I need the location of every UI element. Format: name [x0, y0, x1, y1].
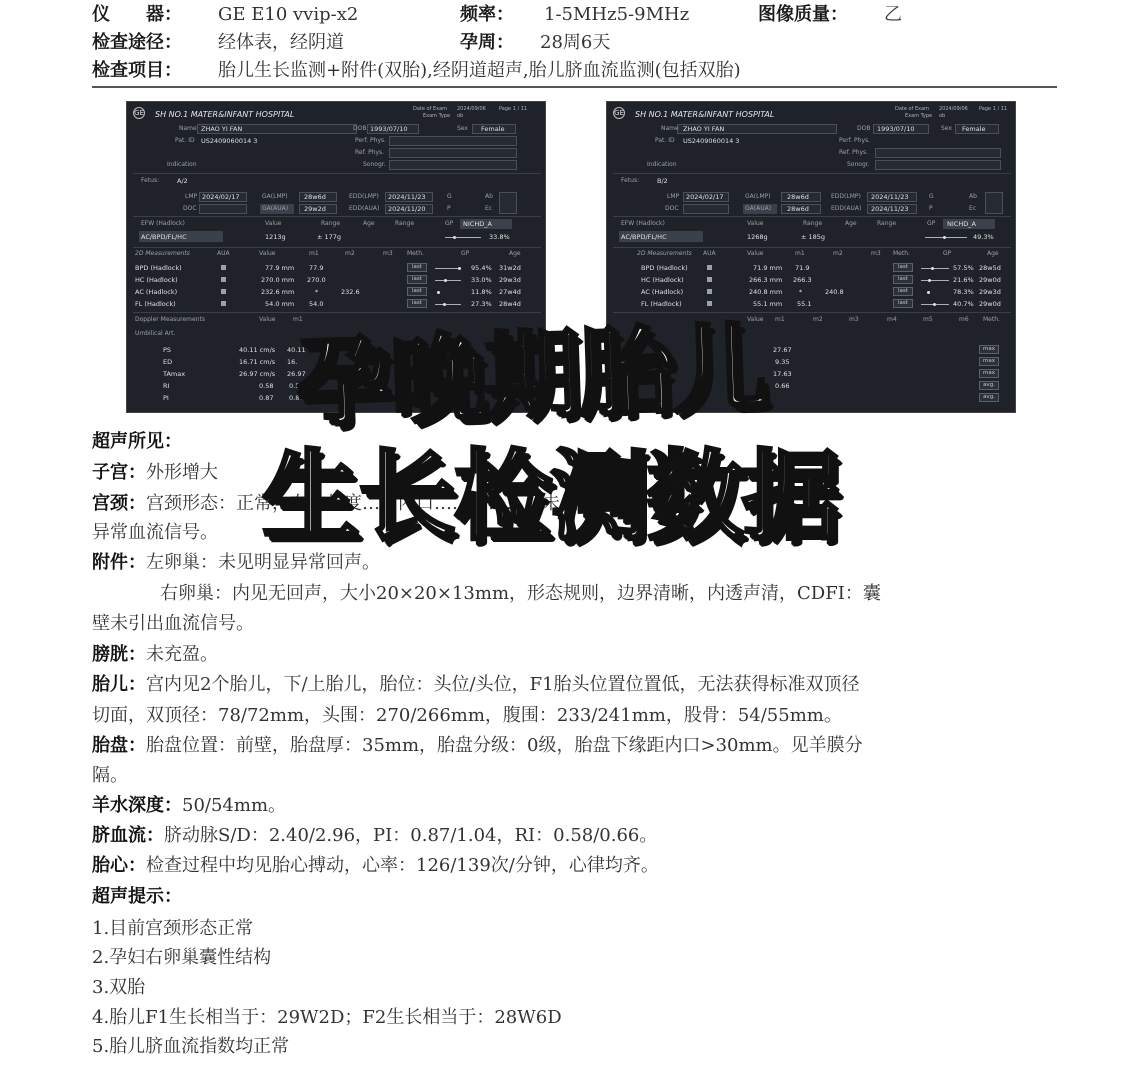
finding-fetus-cont: 切面，双顶径：78/72mm，头围：270/266mm，腹围：233/241mm… [92, 702, 842, 730]
meas-header-value: Value [259, 250, 275, 257]
finding-cervix-cont: 异常血流信号。 [92, 519, 218, 547]
perf-phys-label: Perf. Phys. [355, 137, 386, 144]
finding-amniotic: 羊水深度：50/54mm。 [92, 792, 286, 820]
frequency-value: 1-5MHz5-9MHz [544, 0, 689, 29]
meas-gp: 95.4% [471, 264, 492, 272]
meas-header-m3: m3 [383, 250, 393, 257]
route-label: 检查途径： [92, 28, 182, 57]
method-button[interactable]: last [893, 275, 913, 284]
page-indicator: Page 1 / 11 [499, 106, 527, 112]
ga-aua-label: GA(AUA) [262, 205, 288, 212]
sex-label: Sex [457, 125, 468, 132]
patient-name: ZHAO YI FAN [683, 125, 724, 133]
dob-label: DOB [857, 125, 870, 132]
sex-label: Sex [941, 125, 952, 132]
meas-m1: 55.1 [797, 300, 811, 308]
meas-value: 270.0 mm [261, 276, 294, 284]
gestation-label: 孕周： [460, 28, 514, 57]
finding-umbilical: 脐血流：脐动脉S/D：2.40/2.96，PI：0.87/1.04，RI：0.5… [92, 822, 657, 850]
doppler-header-value: Value [259, 316, 275, 323]
efw-range: ± 185g [801, 233, 825, 241]
aua-checkbox[interactable] [707, 277, 712, 282]
date-of-exam: 2024/09/06 [457, 106, 486, 112]
ga-lmp-label: GA(LMP) [745, 193, 771, 200]
doppler-name: PS [163, 346, 171, 354]
ga-aua-label: GA(AUA) [745, 205, 771, 212]
efw-range2-header: Range [395, 220, 414, 227]
header-row-route: 检查途径： 经体表，经阴道 孕周： 28周6天 [92, 28, 1062, 57]
ga-lmp-value: 28w6d [787, 193, 809, 201]
ref-phys-label: Ref. Phys. [839, 149, 868, 156]
meas-header-m1: m1 [309, 250, 319, 257]
meas-age: 29w0d [979, 300, 1001, 308]
doppler-method-button[interactable]: max [979, 369, 999, 378]
method-button[interactable]: last [407, 263, 427, 272]
exam-type-label: Exam Type [423, 113, 450, 119]
doppler-value: 0.87 [259, 394, 273, 402]
p-label: P [929, 205, 933, 212]
lmp-value: 2024/02/17 [202, 193, 239, 201]
meas-header-m3: m3 [871, 250, 881, 257]
efw-range: ± 177g [317, 233, 341, 241]
meas-m1: 77.9 [309, 264, 323, 272]
patient-name: ZHAO YI FAN [201, 125, 242, 133]
items-label: 检查项目： [92, 56, 182, 85]
efw-label: EFW (Hadlock) [621, 220, 665, 227]
ga-aua-value: 29w2d [304, 205, 326, 213]
meas-name: HC (Hadlock) [135, 276, 178, 284]
ec-label: Ec [485, 205, 492, 212]
meas-header-m1: m1 [795, 250, 805, 257]
pat-id-label: Pat. ID [175, 137, 195, 144]
edd-lmp-value: 2024/11/23 [871, 193, 908, 201]
sex-value: Female [962, 125, 986, 133]
meas-m1: 71.9 [795, 264, 809, 272]
indication-label: Indication [647, 161, 677, 168]
meas-age: 31w2d [499, 264, 521, 272]
instrument-value: GE E10 vvip-x2 [218, 0, 358, 29]
meas-header-value: Value [747, 250, 763, 257]
doppler-header-m1: m1 [775, 316, 785, 323]
fetus-id: A/2 [177, 177, 188, 185]
ga-lmp-label: GA(LMP) [262, 193, 288, 200]
efw-gp: 49.3% [973, 233, 994, 241]
doppler-m1: 27.67 [773, 346, 792, 354]
finding-fetus: 胎儿：宫内见2个胎儿，下/上胎儿，胎位：头位/头位，F1胎头位置位置低，无法获得… [92, 671, 860, 699]
date-of-exam: 2024/09/06 [939, 106, 968, 112]
patient-id: US2409060014 3 [683, 137, 739, 145]
meas-age: 29w0d [979, 276, 1001, 284]
ab-label: Ab [969, 193, 977, 200]
aua-checkbox[interactable] [221, 277, 226, 282]
meas-age: 29w3d [499, 276, 521, 284]
efw-gp: 33.8% [489, 233, 510, 241]
efw-label: EFW (Hadlock) [141, 220, 185, 227]
header-divider [92, 86, 1057, 88]
gestation-value: 28周6天 [540, 28, 610, 57]
p-label: P [447, 205, 451, 212]
header-row-items: 检查项目： 胎儿生长监测+附件(双胎),经阴道超声,胎儿脐血流监测(包括双胎) [92, 56, 1062, 85]
conclusion-title: 超声提示： [92, 883, 182, 911]
patient-id: US2409060014 3 [201, 137, 257, 145]
edd-aua-value: 2024/11/23 [871, 205, 908, 213]
conclusion-item: 2.孕妇右卵巢囊性结构 [92, 944, 271, 972]
indication-label: Indication [167, 161, 197, 168]
date-of-exam-label: Date of Exam [895, 106, 929, 112]
doppler-m1: 17.63 [773, 370, 792, 378]
efw-value-header: Value [265, 220, 281, 227]
meas-header-name: 2D Measurements [135, 250, 190, 257]
method-button[interactable]: last [893, 299, 913, 308]
doc-label: DOC [183, 205, 197, 212]
sex-value: Female [481, 125, 505, 133]
ge-logo-icon: GE [613, 107, 625, 119]
edd-lmp-value: 2024/11/23 [388, 193, 425, 201]
doppler-name: ED [163, 358, 172, 366]
g-label: G [447, 193, 452, 200]
doc-label: DOC [665, 205, 679, 212]
meas-m2: 232.6 [341, 288, 360, 296]
meas-gp: 78.3% [953, 288, 974, 296]
dob-value: 1993/07/10 [877, 125, 914, 133]
meas-value: 71.9 mm [753, 264, 782, 272]
doppler-header-m6: m6 [959, 316, 969, 323]
frequency-label: 频率： [460, 0, 514, 29]
meas-gp: 40.7% [953, 300, 974, 308]
efw-gp-reference: NICHD_A [463, 220, 492, 228]
meas-header-m2: m2 [833, 250, 843, 257]
ec-label: Ec [969, 205, 976, 212]
ga-aua-value: 28w6d [787, 205, 809, 213]
meas-header-aua: AUA [217, 250, 230, 257]
doppler-method-button[interactable]: avg. [979, 393, 999, 402]
edd-lmp-label: EDD(LMP) [349, 193, 379, 200]
fetus-label: Fetus: [141, 177, 159, 184]
lmp-label: LMP [667, 193, 679, 200]
efw-value: 1268g [747, 233, 768, 241]
efw-value: 1213g [265, 233, 286, 241]
instrument-label: 仪 器： [92, 0, 182, 29]
g-label: G [929, 193, 934, 200]
meas-gp: 21.6% [953, 276, 974, 284]
doppler-value: 0.58 [259, 382, 273, 390]
doppler-value: 40.11 cm/s [239, 346, 275, 354]
doppler-method-button[interactable]: max [979, 357, 999, 366]
meas-header-gp: GP [461, 250, 469, 257]
doppler-method-button[interactable]: avg. [979, 381, 999, 390]
finding-heart: 胎心：检查过程中均见胎心搏动，心率：126/139次/分钟，心律均齐。 [92, 852, 659, 880]
meas-header-m2: m2 [345, 250, 355, 257]
meas-header-aua: AUA [703, 250, 716, 257]
doppler-header-m2: m2 [813, 316, 823, 323]
meas-header-age: Age [509, 250, 521, 257]
meas-header-gp: GP [943, 250, 951, 257]
method-button[interactable]: last [893, 287, 913, 296]
sonographer-label: Sonogr. [363, 161, 386, 168]
conclusion-item: 5.胎儿脐血流指数均正常 [92, 1033, 289, 1061]
header-row-instrument: 仪 器： GE E10 vvip-x2 频率： 1-5MHz5-9MHz 图像质… [92, 0, 1062, 29]
doppler-name: TAmax [163, 370, 185, 378]
meas-gp: 33.0% [471, 276, 492, 284]
ab-label: Ab [485, 193, 493, 200]
findings-title: 超声所见： [92, 428, 182, 456]
lmp-label: LMP [185, 193, 197, 200]
meas-m1: * [799, 288, 802, 296]
exam-type: ob [939, 113, 945, 119]
meas-m2: 240.8 [825, 288, 844, 296]
exam-type-label: Exam Type [905, 113, 932, 119]
meas-name: AC (Hadlock) [135, 288, 177, 296]
method-button[interactable]: last [893, 263, 913, 272]
name-label: Name [179, 125, 197, 132]
doppler-m1: 0.66 [775, 382, 789, 390]
lmp-value: 2024/02/17 [686, 193, 723, 201]
page-indicator: Page 1 / 11 [979, 106, 1007, 112]
name-label: Name [661, 125, 679, 132]
doppler-header-name: Doppler Measurements [135, 316, 205, 323]
meas-header-meth: Meth. [407, 250, 424, 257]
meas-header-meth: Meth. [893, 250, 910, 257]
dob-label: DOB [353, 125, 366, 132]
conclusion-item: 4.胎儿F1生长相当于：29W2D；F2生长相当于：28W6D [92, 1004, 562, 1032]
dob-value: 1993/07/10 [370, 125, 407, 133]
fetus-id: B/2 [657, 177, 668, 185]
efw-age-header: Age [845, 220, 857, 227]
finding-placenta-cont: 隔。 [92, 762, 128, 790]
meas-name: HC (Hadlock) [641, 276, 684, 284]
sonographer-label: Sonogr. [847, 161, 870, 168]
finding-right-ovary-cont: 壁未引出血流信号。 [92, 610, 254, 638]
doppler-method-button[interactable]: max [979, 345, 999, 354]
fetus-label: Fetus: [621, 177, 639, 184]
meas-age: 29w3d [979, 288, 1001, 296]
aua-checkbox[interactable] [221, 265, 226, 270]
efw-range2-header: Range [877, 220, 896, 227]
conclusion-item: 1.目前宫颈形态正常 [92, 915, 253, 943]
meas-name: BPD (Hadlock) [135, 264, 182, 272]
efw-range-header: Range [803, 220, 822, 227]
doppler-value: 26.97 cm/s [239, 370, 275, 378]
ga-lmp-value: 28w6d [304, 193, 326, 201]
pat-id-label: Pat. ID [655, 137, 675, 144]
meas-value: 232.6 mm [261, 288, 294, 296]
meas-m1: 270.0 [307, 276, 326, 284]
aua-checkbox[interactable] [221, 301, 226, 306]
doppler-name: PI [163, 394, 169, 402]
date-of-exam-label: Date of Exam [413, 106, 447, 112]
efw-formula: AC/BPD/FL/HC [141, 233, 187, 241]
finding-right-ovary: 右卵巢：内见无回声，大小20×20×13mm，形态规则，边界清晰，内透声清，CD… [160, 580, 881, 608]
ge-logo-icon: GE [133, 107, 145, 119]
meas-name: FL (Hadlock) [135, 300, 176, 308]
meas-gp: 11.8% [471, 288, 492, 296]
method-button[interactable]: last [407, 275, 427, 284]
meas-gp: 57.5% [953, 264, 974, 272]
meas-value: 54.0 mm [265, 300, 294, 308]
doppler-header-meth: Meth. [983, 316, 1000, 323]
efw-gp-header: GP [445, 220, 453, 227]
doppler-header-m3: m3 [849, 316, 859, 323]
edd-aua-value: 2024/11/20 [388, 205, 425, 213]
meas-age: 27w4d [499, 288, 521, 296]
conclusion-item: 3.双胎 [92, 974, 145, 1002]
items-value: 胎儿生长监测+附件(双胎),经阴道超声,胎儿脐血流监测(包括双胎) [218, 56, 741, 85]
aua-checkbox[interactable] [221, 289, 226, 294]
image-quality-label: 图像质量： [758, 0, 848, 29]
finding-bladder: 膀胱：未充盈。 [92, 641, 218, 669]
doppler-name: RI [163, 382, 169, 390]
meas-age: 28w5d [979, 264, 1001, 272]
meas-header-name: 2D Measurements [637, 250, 692, 257]
meas-value: 77.9 mm [265, 264, 294, 272]
meas-m1: * [315, 288, 318, 296]
doppler-m1: 9.35 [775, 358, 789, 366]
meas-header-age: Age [987, 250, 999, 257]
finding-placenta: 胎盘：胎盘位置：前壁，胎盘厚：35mm，胎盘分级：0级，胎盘下缘距内口>30mm… [92, 732, 863, 760]
report-header: 仪 器： GE E10 vvip-x2 频率： 1-5MHz5-9MHz 图像质… [92, 0, 1062, 29]
image-quality-value: 乙 [884, 0, 902, 29]
doppler-header-m5: m5 [923, 316, 933, 323]
efw-age-header: Age [363, 220, 375, 227]
meas-name: BPD (Hadlock) [641, 264, 688, 272]
efw-formula: AC/BPD/FL/HC [621, 233, 667, 241]
route-value: 经体表，经阴道 [218, 28, 344, 57]
ref-phys-label: Ref. Phys. [355, 149, 384, 156]
hospital-name: SH NO.1 MATER&INFANT HOSPITAL [635, 110, 774, 119]
finding-uterus: 子宫：外形增大 [92, 459, 218, 487]
perf-phys-label: Perf. Phys. [839, 137, 870, 144]
meas-value: 266.3 mm [749, 276, 782, 284]
hospital-name: SH NO.1 MATER&INFANT HOSPITAL [155, 110, 294, 119]
doppler-value: 16.71 cm/s [239, 358, 275, 366]
doppler-header-m4: m4 [887, 316, 897, 323]
edd-aua-label: EDD(AUA) [349, 205, 379, 212]
aua-checkbox[interactable] [707, 265, 712, 270]
doppler-section: Umbilical Art. [135, 330, 175, 337]
edd-aua-label: EDD(AUA) [831, 205, 861, 212]
efw-value-header: Value [747, 220, 763, 227]
exam-type: ob [457, 113, 463, 119]
efw-gp-header: GP [927, 220, 935, 227]
overlay-title-line2: 生长检测数据 [262, 418, 838, 559]
efw-gp-reference: NICHD_A [947, 220, 976, 228]
efw-range-header: Range [321, 220, 340, 227]
method-button[interactable]: last [407, 287, 427, 296]
meas-m1: 266.3 [793, 276, 812, 284]
edd-lmp-label: EDD(LMP) [831, 193, 861, 200]
